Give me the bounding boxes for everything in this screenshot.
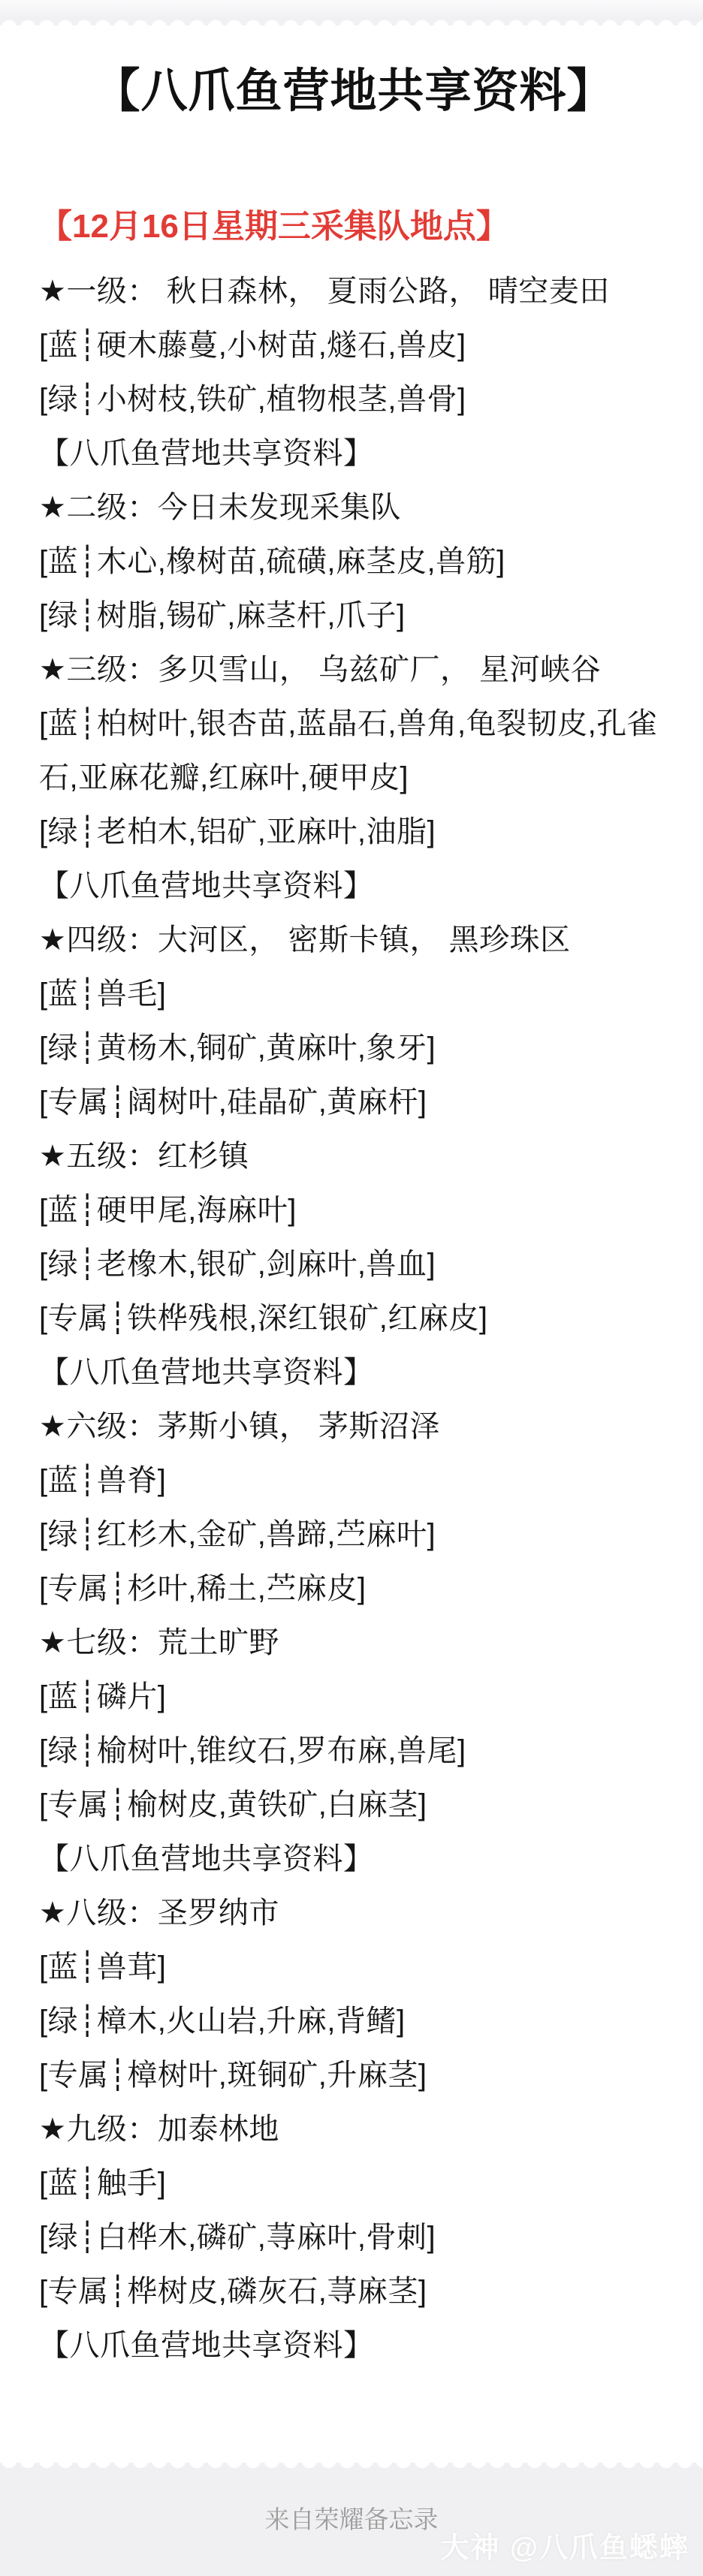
- torn-paper-edge-bottom-icon: [0, 2463, 703, 2472]
- note-line-level: ★二级：今日未发现采集队: [39, 481, 668, 535]
- date-heading: 【12月16日星期三采集队地点】: [39, 206, 668, 248]
- note-line-blue: [蓝┊兽脊]: [39, 1454, 668, 1508]
- note-line-green: [绿┊白桦木,磷矿,荨麻叶,骨刺]: [39, 2210, 668, 2264]
- note-line-level: ★八级：圣罗纳市: [39, 1886, 668, 1940]
- page-background-top: [0, 0, 703, 17]
- note-line-exclusive: [专属┊樟树叶,斑铜矿,升麻茎]: [39, 2048, 668, 2102]
- watermark: 大神 @八爪鱼蟋蟀: [440, 2524, 689, 2565]
- note-line-exclusive: [专属┊铁桦残根,深红银矿,红麻皮]: [39, 1291, 668, 1345]
- note-line-exclusive: [专属┊杉叶,稀土,苎麻皮]: [39, 1562, 668, 1616]
- note-line-green: [绿┊老橡木,银矿,剑麻叶,兽血]: [39, 1237, 668, 1291]
- note-line-level: ★九级：加泰林地: [39, 2102, 668, 2156]
- note-line-header: 【八爪鱼营地共享资料】: [39, 1345, 668, 1399]
- note-line-level: ★四级：大河区， 密斯卡镇， 黑珍珠区: [39, 913, 668, 967]
- note-line-blue: [蓝┊触手]: [39, 2156, 668, 2210]
- note-line-level: ★三级：多贝雪山， 乌兹矿厂， 星河峡谷: [39, 643, 668, 697]
- note-line-blue: [蓝┊木心,橡树苗,硫磺,麻茎皮,兽筋]: [39, 535, 668, 589]
- note-line-level: ★六级：茅斯小镇， 茅斯沼泽: [39, 1399, 668, 1454]
- note-line-green: [绿┊黄杨木,铜矿,黄麻叶,象牙]: [39, 1021, 668, 1075]
- note-line-level: ★七级：荒土旷野: [39, 1616, 668, 1670]
- note-line-green: [绿┊小树枝,铁矿,植物根茎,兽骨]: [39, 372, 668, 426]
- note-title: 【八爪鱼营地共享资料】: [39, 62, 668, 122]
- note-line-blue: [蓝┊兽毛]: [39, 967, 668, 1021]
- note-line-blue: [蓝┊硬木藤蔓,小树苗,燧石,兽皮]: [39, 318, 668, 372]
- note-line-header: 【八爪鱼营地共享资料】: [39, 2318, 668, 2373]
- note-share-card: 【八爪鱼营地共享资料】 【12月16日星期三采集队地点】 ★一级： 秋日森林， …: [0, 0, 703, 2576]
- note-line-level: ★一级： 秋日森林， 夏雨公路， 晴空麦田: [39, 264, 668, 318]
- note-line-green: [绿┊樟木,火山岩,升麻,背鳍]: [39, 1994, 668, 2048]
- note-line-blue: [蓝┊磷片]: [39, 1670, 668, 1724]
- note-line-blue: [蓝┊硬甲尾,海麻叶]: [39, 1183, 668, 1237]
- note-card: 【八爪鱼营地共享资料】 【12月16日星期三采集队地点】 ★一级： 秋日森林， …: [0, 26, 703, 2463]
- note-body: ★一级： 秋日森林， 夏雨公路， 晴空麦田[蓝┊硬木藤蔓,小树苗,燧石,兽皮][…: [39, 264, 668, 2373]
- note-line-header: 【八爪鱼营地共享资料】: [39, 859, 668, 913]
- note-line-green: [绿┊红杉木,金矿,兽蹄,苎麻叶]: [39, 1508, 668, 1562]
- note-line-green: [绿┊榆树叶,锥纹石,罗布麻,兽尾]: [39, 1724, 668, 1778]
- note-line-blue: [蓝┊兽茸]: [39, 1940, 668, 1994]
- note-line-blue: [蓝┊柏树叶,银杏苗,蓝晶石,兽角,龟裂韧皮,孔雀石,亚麻花瓣,红麻叶,硬甲皮]: [39, 697, 668, 805]
- footer: 来自荣耀备忘录 大神 @八爪鱼蟋蟀: [0, 2472, 703, 2576]
- note-line-level: ★五级：红杉镇: [39, 1129, 668, 1183]
- note-line-exclusive: [专属┊桦树皮,磷灰石,荨麻茎]: [39, 2264, 668, 2318]
- note-line-exclusive: [专属┊阔树叶,硅晶矿,黄麻杆]: [39, 1075, 668, 1129]
- note-line-header: 【八爪鱼营地共享资料】: [39, 426, 668, 481]
- note-line-green: [绿┊树脂,锡矿,麻茎杆,爪子]: [39, 589, 668, 643]
- note-line-exclusive: [专属┊榆树皮,黄铁矿,白麻茎]: [39, 1778, 668, 1832]
- torn-paper-edge-top-icon: [0, 17, 703, 26]
- note-line-green: [绿┊老柏木,铝矿,亚麻叶,油脂]: [39, 805, 668, 859]
- note-line-header: 【八爪鱼营地共享资料】: [39, 1832, 668, 1886]
